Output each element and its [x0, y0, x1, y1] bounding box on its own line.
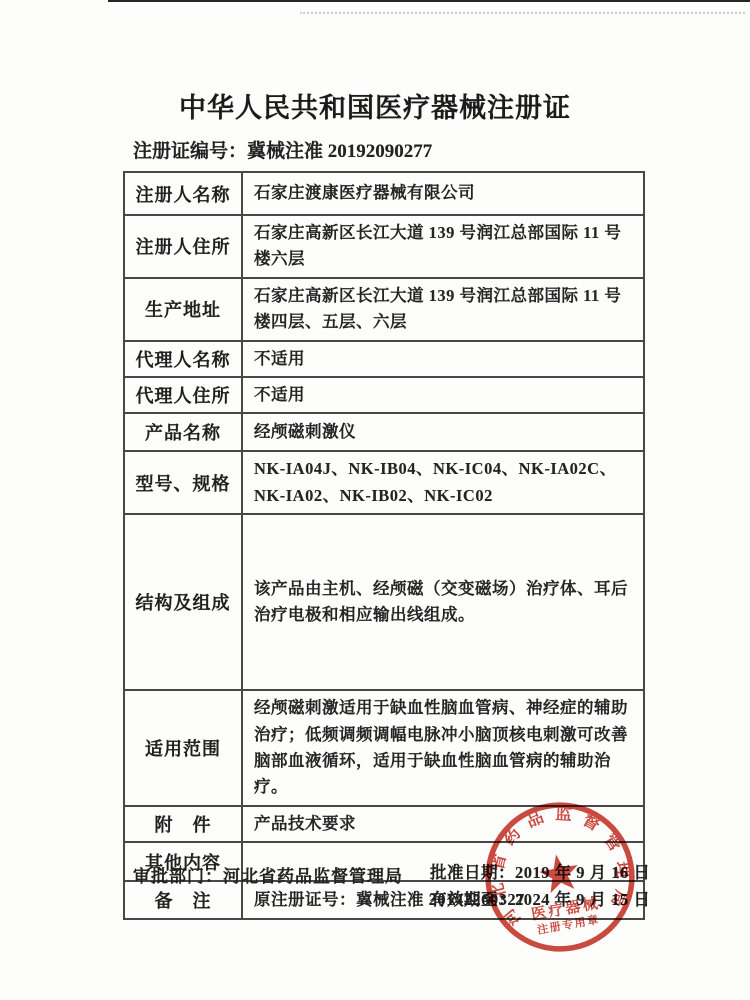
- row-value-agent-address: 不适用: [242, 377, 644, 413]
- approval-department-line: 审批部门：河北省药品监督管理局: [133, 862, 403, 887]
- certificate-number-label: 注册证编号：: [133, 141, 247, 162]
- approval-department-value: 河北省药品监督管理局: [223, 867, 403, 886]
- row-value-attachment: 产品技术要求: [242, 806, 644, 842]
- row-label-agent-address: 代理人住所: [124, 377, 242, 413]
- table-row: 注册人名称 石家庄渡康医疗器械有限公司: [124, 172, 644, 215]
- table-row: 注册人住所 石家庄高新区长江大道 139 号润江总部国际 11 号楼六层: [124, 215, 644, 278]
- row-label-agent-name: 代理人名称: [124, 341, 242, 377]
- row-value-registrant-name: 石家庄渡康医疗器械有限公司: [242, 172, 644, 215]
- row-label-registrant-name: 注册人名称: [124, 172, 242, 215]
- valid-until-label: 有效期至：: [430, 890, 515, 909]
- table-row: 产品名称 经颅磁刺激仪: [124, 413, 644, 451]
- row-label-attachment: 附 件: [124, 806, 242, 842]
- table-row: 适用范围 经颅磁刺激适用于缺血性脑血管病、神经症的辅助治疗；低频调频调幅电脉冲小…: [124, 690, 644, 806]
- document-title: 中华人民共和国医疗器械注册证: [0, 86, 750, 125]
- approval-date-label: 批准日期：: [430, 863, 515, 882]
- table-row: 生产地址 石家庄高新区长江大道 139 号润江总部国际 11 号楼四层、五层、六…: [124, 278, 644, 341]
- row-value-model-spec: NK-IA04J、NK-IB04、NK-IC04、NK-IA02C、NK-IA0…: [242, 451, 644, 514]
- approval-date-value: 2019 年 9 月 16 日: [515, 863, 650, 882]
- row-label-structure: 结构及组成: [124, 514, 242, 690]
- row-value-scope: 经颅磁刺激适用于缺血性脑血管病、神经症的辅助治疗；低频调频调幅电脉冲小脑顶核电刺…: [242, 690, 644, 806]
- row-label-production-address: 生产地址: [124, 278, 242, 341]
- certificate-table: 注册人名称 石家庄渡康医疗器械有限公司 注册人住所 石家庄高新区长江大道 139…: [123, 171, 645, 920]
- table-row: 代理人名称 不适用: [124, 341, 644, 377]
- row-label-product-name: 产品名称: [124, 413, 242, 451]
- row-label-model-spec: 型号、规格: [124, 451, 242, 514]
- certificate-number-line: 注册证编号：冀械注准 20192090277: [133, 136, 432, 163]
- row-value-structure: 该产品由主机、经颅磁（交变磁场）治疗体、耳后治疗电极和相应输出线组成。: [242, 514, 644, 690]
- scan-edge-line: [108, 0, 750, 2]
- approval-department-label: 审批部门：: [133, 867, 223, 886]
- table-row: 代理人住所 不适用: [124, 377, 644, 413]
- row-label-scope: 适用范围: [124, 690, 242, 806]
- approval-date-line: 批准日期：2019 年 9 月 16 日: [430, 859, 650, 886]
- row-value-product-name: 经颅磁刺激仪: [242, 413, 644, 451]
- valid-until-line: 有效期至：2024 年 9 月 15 日: [430, 886, 650, 913]
- row-value-production-address: 石家庄高新区长江大道 139 号润江总部国际 11 号楼四层、五层、六层: [242, 278, 644, 341]
- dates-block: 批准日期：2019 年 9 月 16 日 有效期至：2024 年 9 月 15 …: [430, 859, 650, 913]
- row-value-registrant-address: 石家庄高新区长江大道 139 号润江总部国际 11 号楼六层: [242, 215, 644, 278]
- certificate-page: 中华人民共和国医疗器械注册证 注册证编号：冀械注准 20192090277 注册…: [0, 0, 750, 1000]
- table-row: 结构及组成 该产品由主机、经颅磁（交变磁场）治疗体、耳后治疗电极和相应输出线组成…: [124, 514, 644, 690]
- certificate-number-value: 冀械注准 20192090277: [247, 141, 432, 162]
- row-label-registrant-address: 注册人住所: [124, 215, 242, 278]
- scan-dotted-line: [300, 12, 745, 14]
- row-value-agent-name: 不适用: [242, 341, 644, 377]
- valid-until-value: 2024 年 9 月 15 日: [515, 890, 650, 909]
- table-row: 附 件 产品技术要求: [124, 806, 644, 842]
- table-row: 型号、规格 NK-IA04J、NK-IB04、NK-IC04、NK-IA02C、…: [124, 451, 644, 514]
